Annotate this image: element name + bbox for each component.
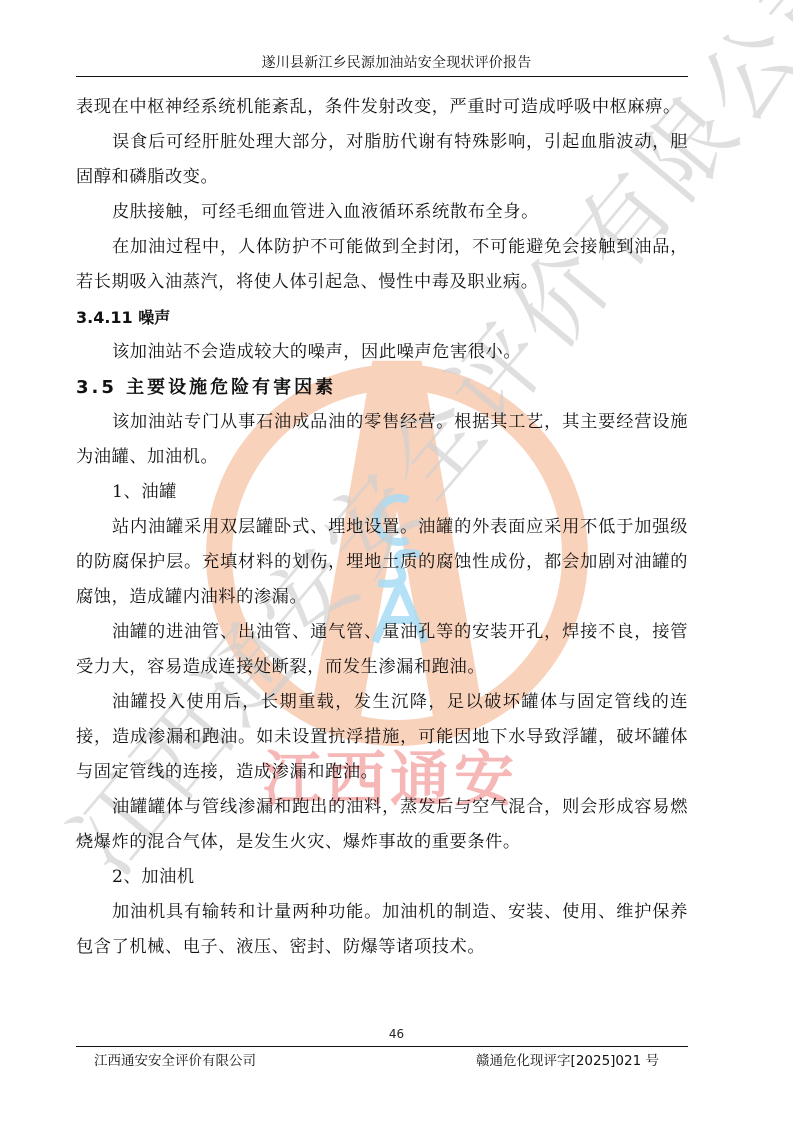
footer-divider <box>76 1046 688 1047</box>
header-title: 遂川县新江乡民源加油站安全现状评价报告 <box>0 52 793 72</box>
paragraph: 该加油站专门从事石油成品油的零售经营。根据其工艺，其主要经营设施为油罐、加油机。 <box>76 405 688 475</box>
paragraph: 该加油站不会造成较大的噪声，因此噪声危害很小。 <box>76 335 688 370</box>
paragraph: 皮肤接触，可经毛细血管进入血液循环系统散布全身。 <box>76 195 688 230</box>
paragraph: 油罐的进油管、出油管、通气管、量油孔等的安装开孔，焊接不良，接管受力大，容易造成… <box>76 615 688 685</box>
paragraph: 站内油罐采用双层罐卧式、埋地设置。油罐的外表面应采用不低于加强级的防腐保护层。充… <box>76 510 688 615</box>
footer-company: 江西通安安全评价有限公司 <box>94 1049 256 1069</box>
page-number: 46 <box>0 1027 793 1041</box>
footer-doc-number: 赣通危化现评字[2025]021 号 <box>476 1049 659 1069</box>
section-heading-3-5: 3.5 主要设施危险有害因素 <box>76 370 688 405</box>
list-item-heading: 2、加油机 <box>76 860 688 895</box>
paragraph: 加油机具有输转和计量两种功能。加油机的制造、安装、使用、维护保养包含了机械、电子… <box>76 895 688 965</box>
document-body: 表现在中枢神经系统机能紊乱，条件发射改变，严重时可造成呼吸中枢麻痹。 误食后可经… <box>76 90 688 965</box>
paragraph: 误食后可经肝脏处理大部分，对脂肪代谢有特殊影响，引起血脂波动，胆固醇和磷脂改变。 <box>76 125 688 195</box>
paragraph: 油罐投入使用后，长期重载，发生沉降，足以破坏罐体与固定管线的连接，造成渗漏和跑油… <box>76 685 688 790</box>
section-heading-3-4-11: 3.4.11 噪声 <box>76 300 688 335</box>
header-divider <box>76 76 688 77</box>
paragraph: 在加油过程中，人体防护不可能做到全封闭，不可能避免会接触到油品，若长期吸入油蒸汽… <box>76 230 688 300</box>
paragraph: 表现在中枢神经系统机能紊乱，条件发射改变，严重时可造成呼吸中枢麻痹。 <box>76 90 688 125</box>
paragraph: 油罐罐体与管线渗漏和跑出的油料，蒸发后与空气混合，则会形成容易燃烧爆炸的混合气体… <box>76 790 688 860</box>
list-item-heading: 1、油罐 <box>76 475 688 510</box>
